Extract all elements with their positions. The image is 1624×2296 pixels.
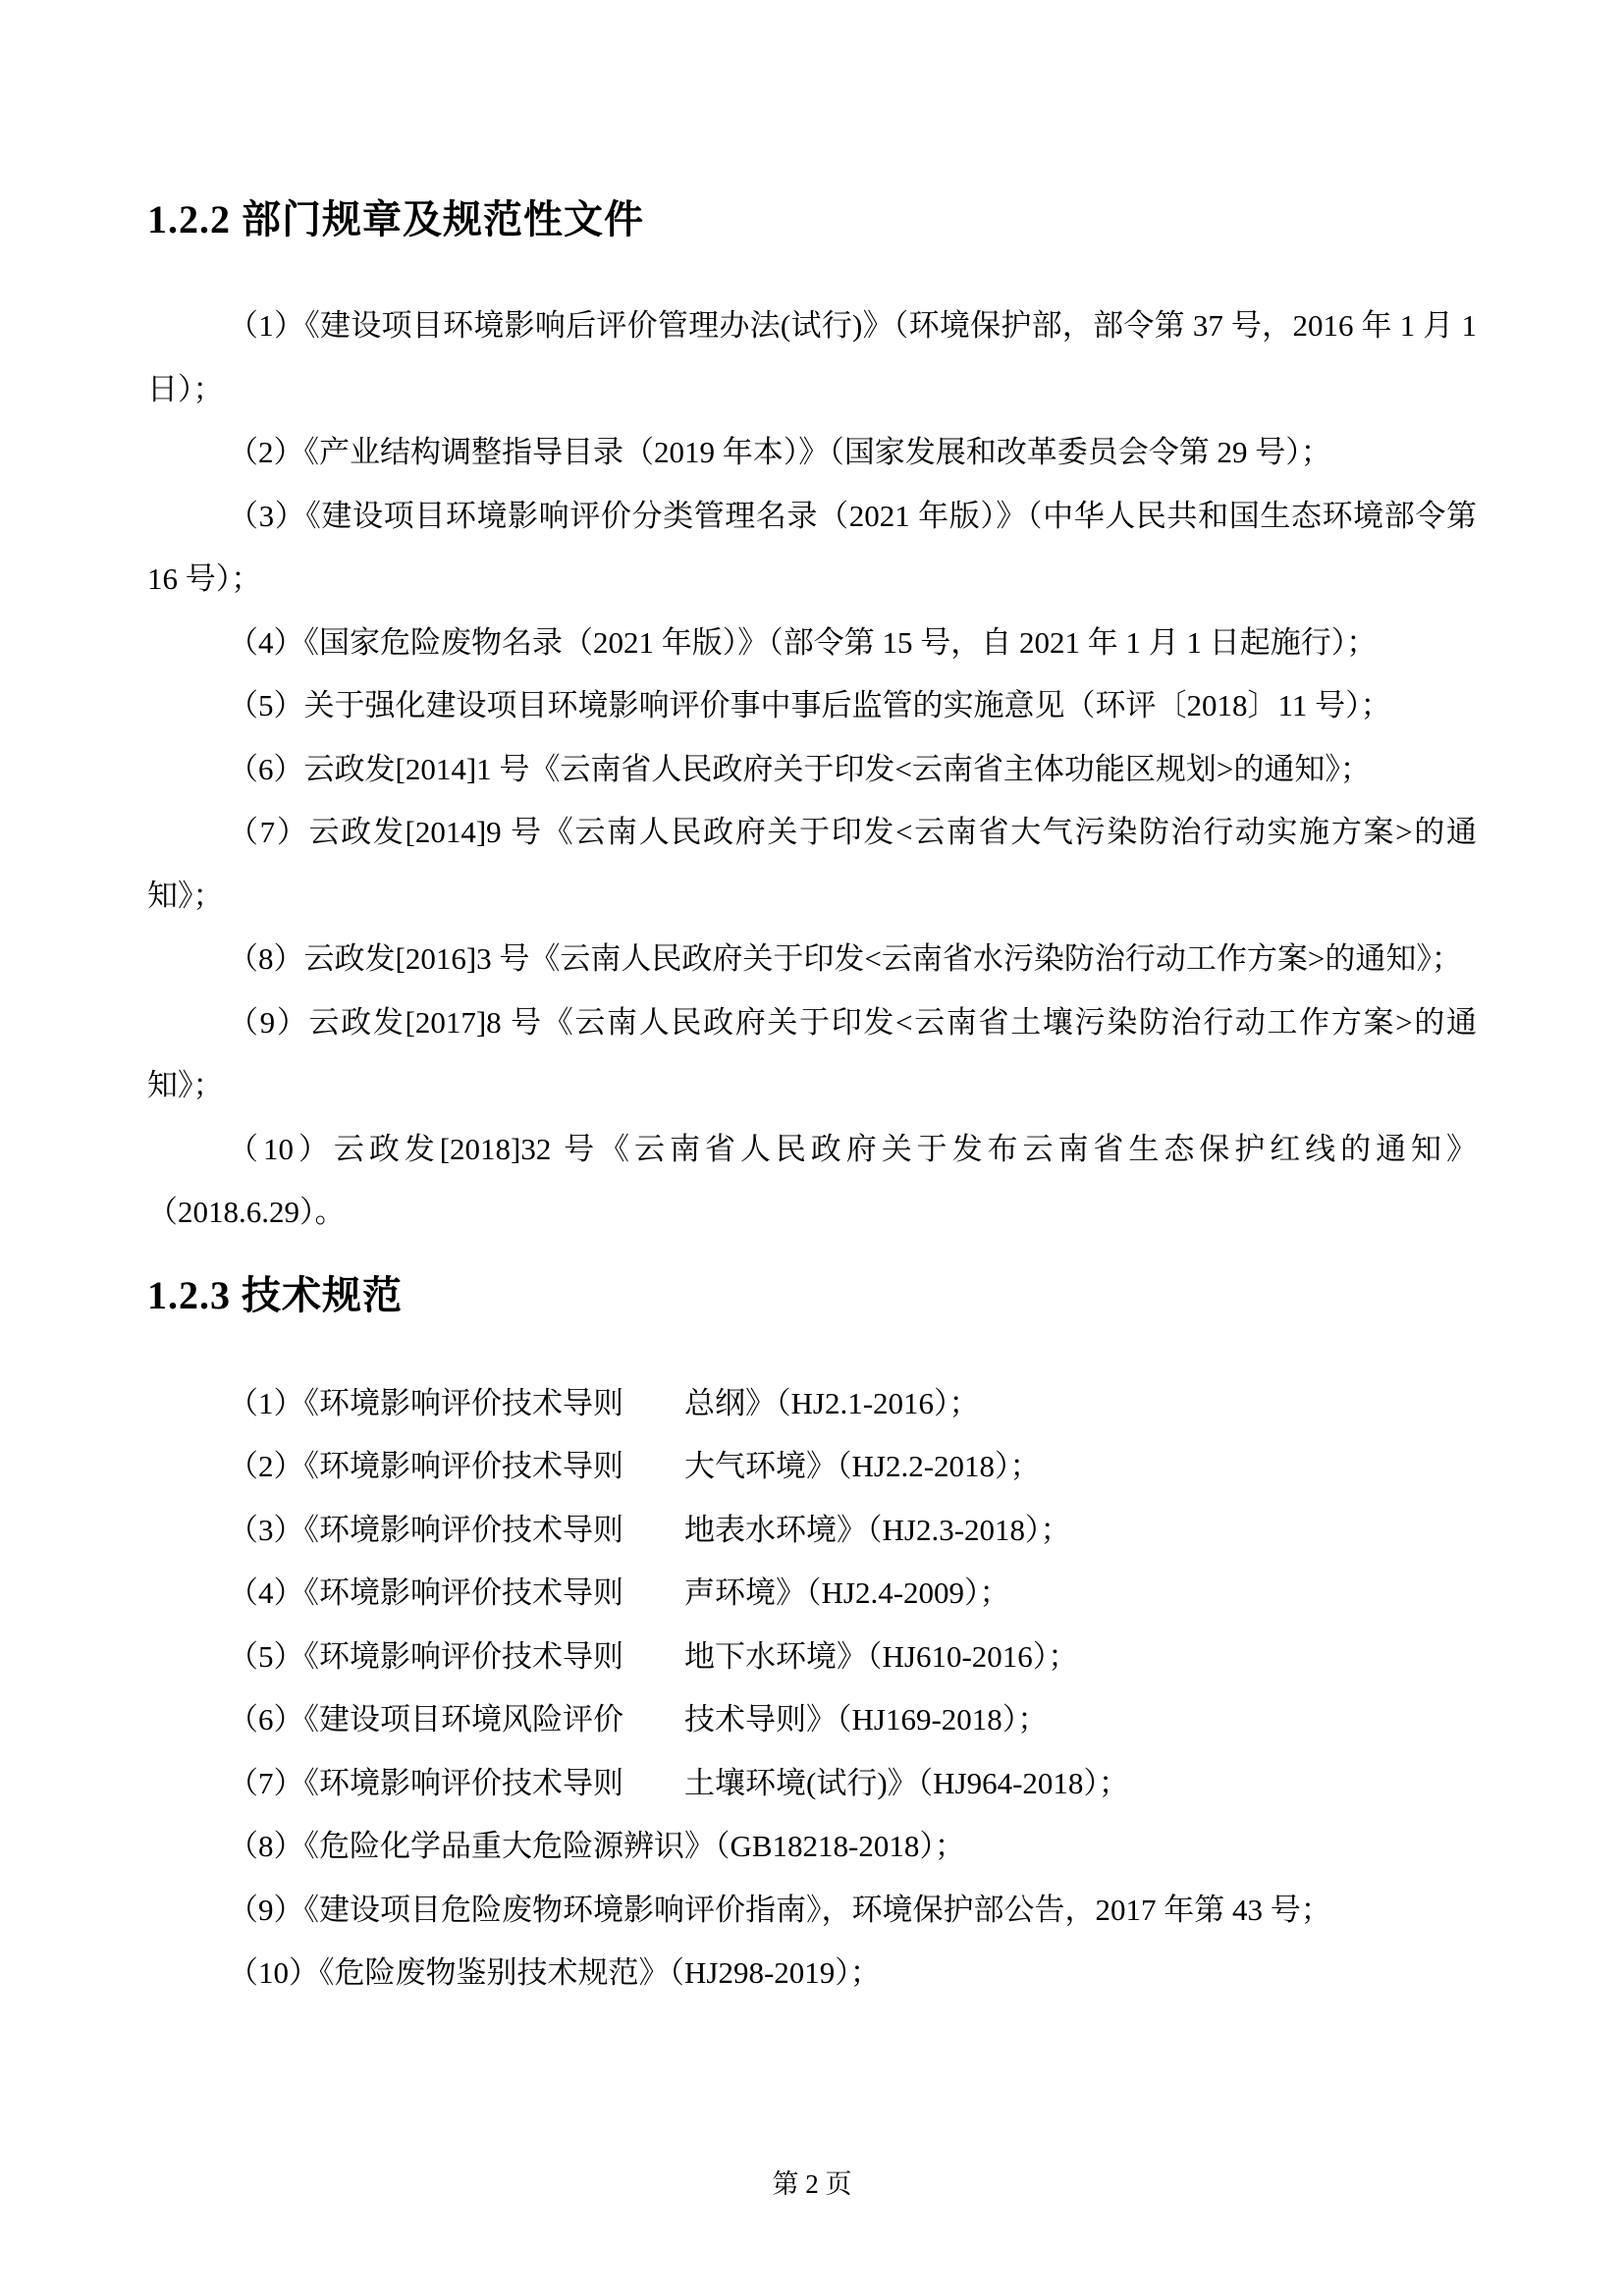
section-heading-1-2-3: 1.2.3 技术规范 [147, 1268, 1477, 1323]
regulation-item-9: （9）云政发[2017]8 号《云南人民政府关于印发<云南省土壤污染防治行动工作… [147, 991, 1477, 1118]
standard-item-3: （3）《环境影响评价技术导则 地表水环境》（HJ2.3-2018）； [147, 1499, 1477, 1563]
standard-item-10: （10）《危险废物鉴别技术规范》（HJ298-2019）； [147, 1942, 1477, 2005]
regulation-item-6: （6）云政发[2014]1 号《云南省人民政府关于印发<云南省主体功能区规划>的… [147, 738, 1477, 802]
standard-item-5: （5）《环境影响评价技术导则 地下水环境》（HJ610-2016）； [147, 1626, 1477, 1689]
standard-item-6: （6）《建设项目环境风险评价 技术导则》（HJ169-2018）； [147, 1688, 1477, 1752]
regulation-item-8: （8）云政发[2016]3 号《云南人民政府关于印发<云南省水污染防治行动工作方… [147, 928, 1477, 991]
document-page: 1.2.2 部门规章及规范性文件 （1）《建设项目环境影响后评价管理办法(试行)… [0, 0, 1624, 2296]
section-heading-1-2-2: 1.2.2 部门规章及规范性文件 [147, 192, 1477, 247]
page-number: 第 2 页 [0, 2164, 1624, 2204]
regulation-item-3: （3）《建设项目环境影响评价分类管理名录（2021 年版）》（中华人民共和国生态… [147, 485, 1477, 612]
standard-item-4: （4）《环境影响评价技术导则 声环境》（HJ2.4-2009）； [147, 1562, 1477, 1626]
standard-item-2: （2）《环境影响评价技术导则 大气环境》（HJ2.2-2018）； [147, 1435, 1477, 1499]
standard-item-9: （9）《建设项目危险废物环境影响评价指南》，环境保护部公告，2017 年第 43… [147, 1879, 1477, 1943]
standard-item-1: （1）《环境影响评价技术导则 总纲》（HJ2.1-2016）； [147, 1372, 1477, 1436]
regulation-item-5: （5）关于强化建设项目环境影响评价事中事后监管的实施意见（环评〔2018〕11 … [147, 674, 1477, 738]
regulation-item-10: （10）云政发[2018]32 号《云南省人民政府关于发布云南省生态保护红线的通… [147, 1118, 1477, 1245]
regulation-item-7: （7）云政发[2014]9 号《云南人民政府关于印发<云南省大气污染防治行动实施… [147, 801, 1477, 928]
standard-item-8: （8）《危险化学品重大危险源辨识》（GB18218-2018）； [147, 1815, 1477, 1879]
regulation-item-1: （1）《建设项目环境影响后评价管理办法(试行)》（环境保护部，部令第 37 号，… [147, 294, 1477, 421]
standard-item-7: （7）《环境影响评价技术导则 土壤环境(试行)》（HJ964-2018）； [147, 1752, 1477, 1816]
regulation-item-4: （4）《国家危险废物名录（2021 年版）》（部令第 15 号，自 2021 年… [147, 612, 1477, 675]
page-content: 1.2.2 部门规章及规范性文件 （1）《建设项目环境影响后评价管理办法(试行)… [147, 0, 1477, 2005]
regulation-item-2: （2）《产业结构调整指导目录（2019 年本）》（国家发展和改革委员会令第 29… [147, 421, 1477, 485]
